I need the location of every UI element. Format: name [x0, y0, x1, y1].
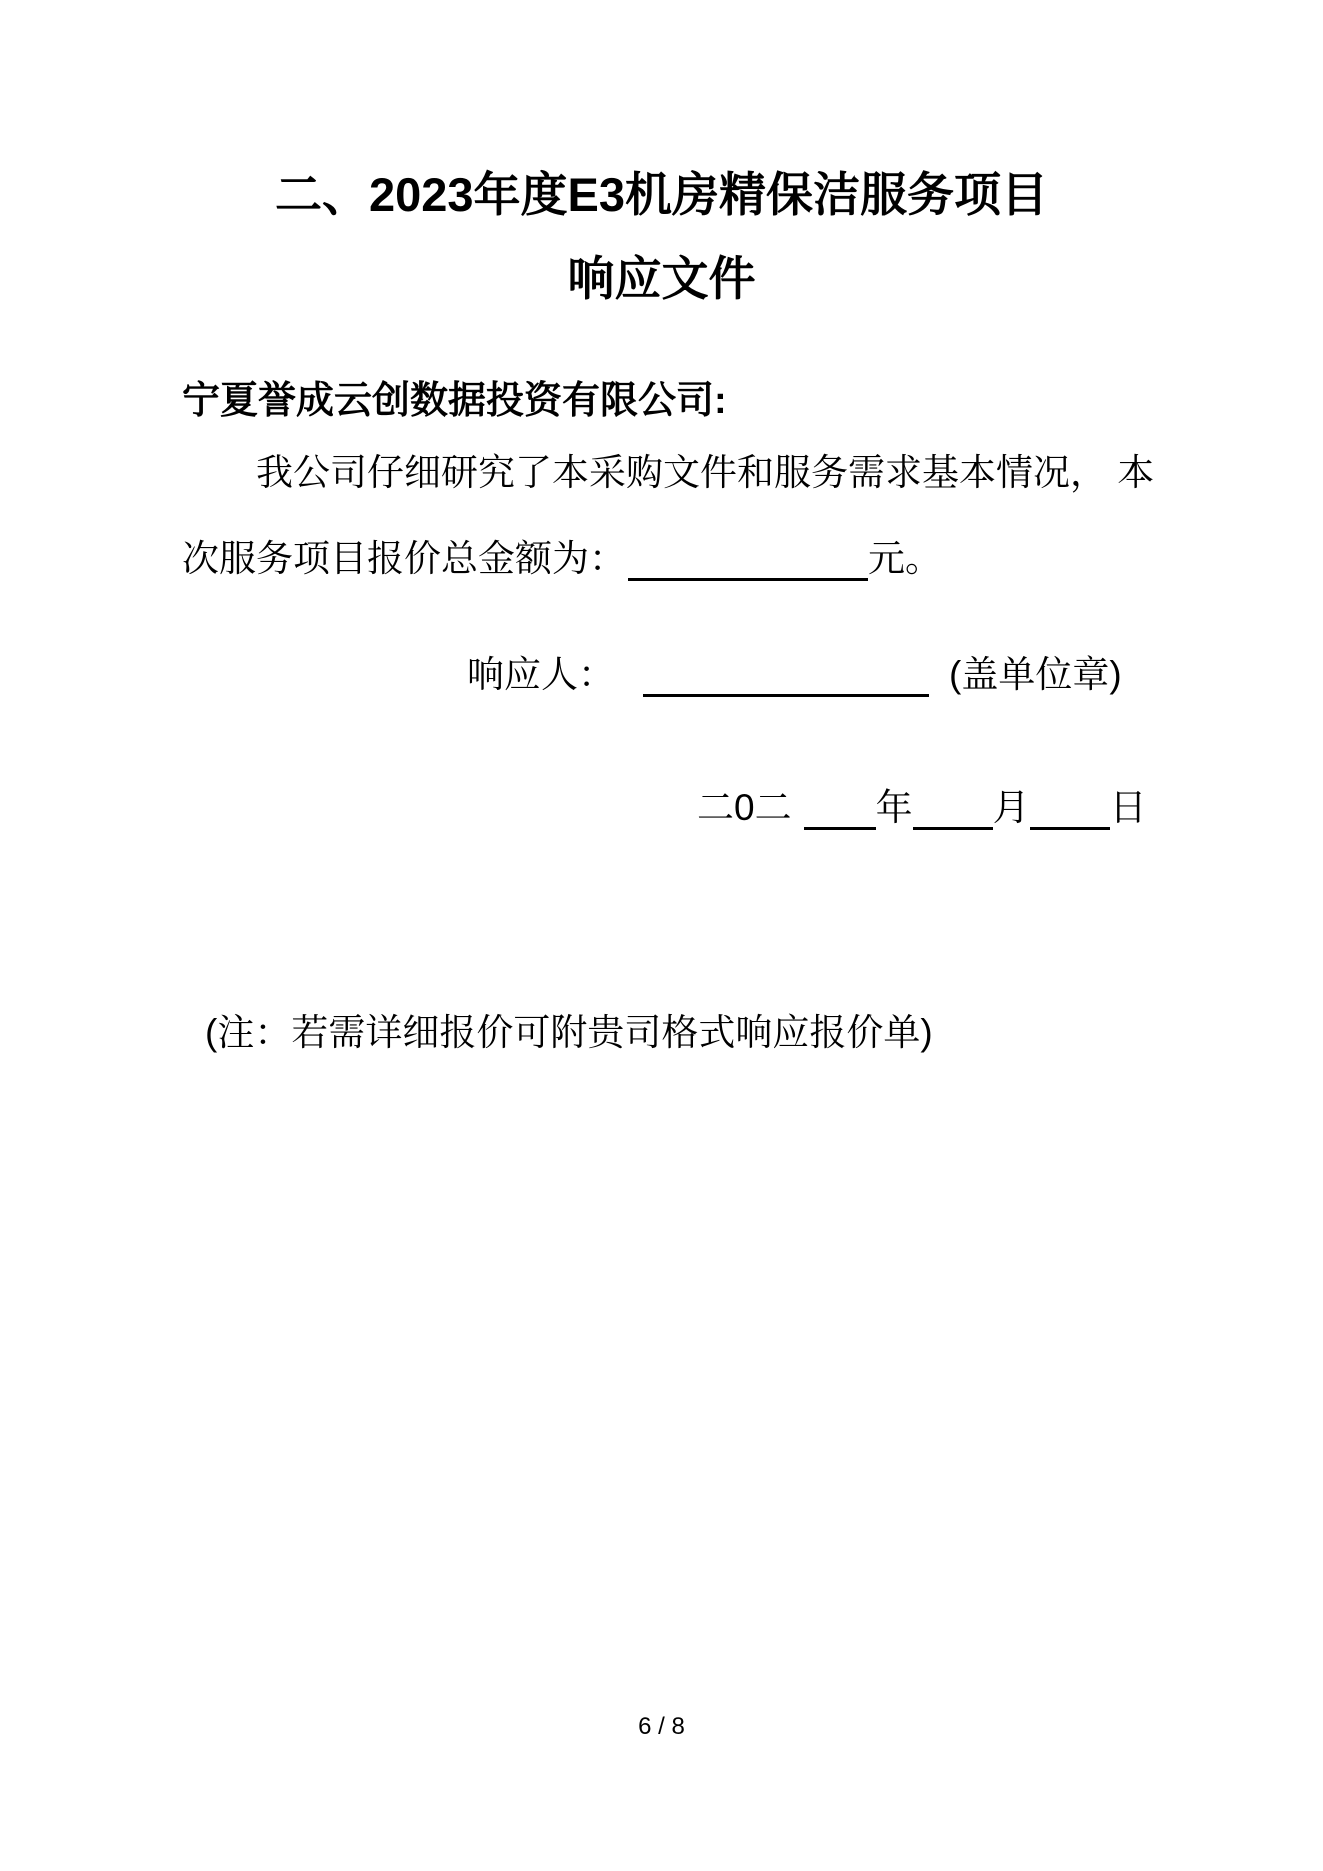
respondent-label: 响应人： [467, 654, 615, 695]
price-amount-blank [628, 536, 868, 581]
price-unit: 元。 [868, 538, 942, 579]
date-prefix: 二0二 [697, 787, 792, 828]
respondent-line: 响应人：(盖单位章) [467, 652, 1122, 697]
date-year-blank [804, 785, 876, 830]
note-line: (注：若需详细报价可附贵司格式响应报价单) [205, 1010, 933, 1055]
date-day-blank [1030, 785, 1110, 830]
body-paragraph-line2: 次服务项目报价总金额为：元。 [182, 536, 942, 581]
respondent-name-blank [643, 652, 929, 697]
body-paragraph-line1: 我公司仔细研究了本采购文件和服务需求基本情况， 本 [256, 450, 1154, 495]
date-day-label: 日 [1110, 787, 1147, 828]
page-title-line2: 响应文件 [0, 250, 1323, 307]
page-title-line1: 二、2023年度E3机房精保洁服务项目 [0, 166, 1323, 223]
document-page: 二、2023年度E3机房精保洁服务项目 响应文件 宁夏誉成云创数据投资有限公司:… [0, 0, 1323, 1871]
salutation: 宁夏誉成云创数据投资有限公司: [182, 378, 727, 424]
date-line: 二0二年月日 [697, 785, 1147, 830]
price-label: 次服务项目报价总金额为： [182, 538, 626, 579]
date-month-blank [913, 785, 993, 830]
date-year-label: 年 [876, 787, 913, 828]
date-month-label: 月 [993, 787, 1030, 828]
page-number: 6 / 8 [0, 1712, 1323, 1741]
seal-hint: (盖单位章) [949, 654, 1122, 695]
